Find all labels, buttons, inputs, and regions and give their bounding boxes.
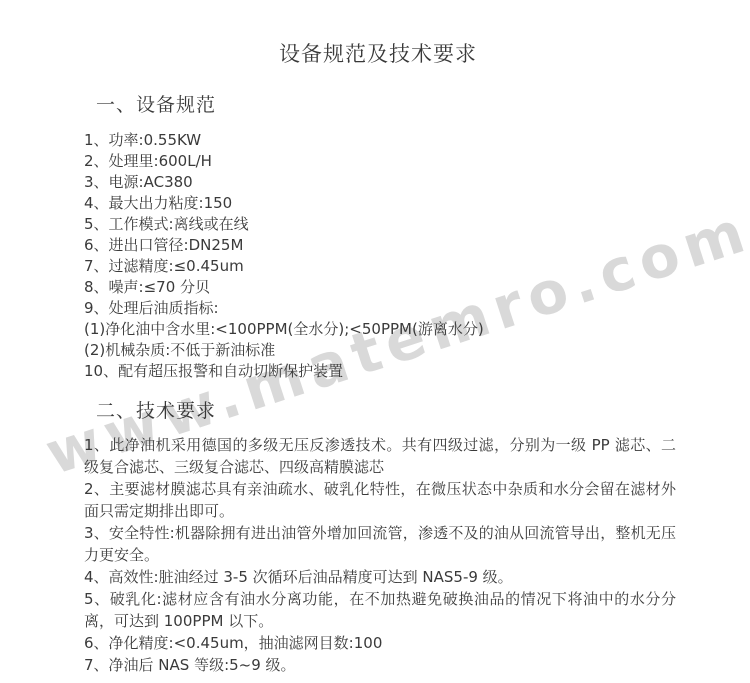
spec-line-protection: 10、配有超压报警和自动切断保护装置 (84, 361, 672, 382)
page-title: 设备规范及技术要求 (84, 38, 672, 68)
spec-line-water-content: (1)净化油中含水里:<100PPM(全水分);<50PPM(游离水分) (84, 319, 672, 340)
tech-paragraph-safety: 3、安全特性:机器除拥有进出油管外增加回流管，渗透不及的油从回流管导出，整机无压… (84, 522, 676, 566)
spec-line-noise: 8、噪声:≤70 分贝 (84, 277, 672, 298)
tech-requirements-list: 1、此净油机采用德国的多级无压反渗透技术。共有四级过滤，分别为一级 PP 滤芯、… (84, 434, 676, 676)
spec-line-oil-index: 9、处理后油质指标: (84, 298, 672, 319)
tech-paragraph-membrane: 2、主要滤材膜滤芯具有亲油疏水、破乳化特性，在微压状态中杂质和水分会留在滤材外面… (84, 478, 676, 522)
spec-line-impurity: (2)机械杂质:不低于新油标准 (84, 340, 672, 361)
spec-line-power-supply: 3、电源:AC380 (84, 172, 672, 193)
tech-paragraph-nas-grade: 7、净油后 NAS 等级:5~9 级。 (84, 654, 676, 676)
spec-line-power: 1、功率:0.55KW (84, 130, 672, 151)
section-heading-equipment-spec: 一、设备规范 (96, 90, 672, 117)
document-page: 设备规范及技术要求 一、设备规范 1、功率:0.55KW 2、处理里:600L/… (0, 0, 750, 676)
tech-paragraph-filtration: 1、此净油机采用德国的多级无压反渗透技术。共有四级过滤，分别为一级 PP 滤芯、… (84, 434, 676, 478)
spec-line-capacity: 2、处理里:600L/H (84, 151, 672, 172)
spec-line-pipe-diameter: 6、进出口管径:DN25M (84, 235, 672, 256)
equipment-spec-list: 1、功率:0.55KW 2、处理里:600L/H 3、电源:AC380 4、最大… (84, 130, 672, 382)
tech-paragraph-demulsification: 5、破乳化:滤材应含有油水分离功能，在不加热避免破换油品的情况下将油中的水分分离… (84, 588, 676, 632)
section-heading-tech-requirements: 二、技术要求 (96, 396, 672, 423)
spec-line-filter-precision: 7、过滤精度:≤0.45um (84, 256, 672, 277)
tech-paragraph-efficiency: 4、高效性:脏油经过 3-5 次循环后油品精度可达到 NAS5-9 级。 (84, 566, 676, 588)
spec-line-work-mode: 5、工作模式:离线或在线 (84, 214, 672, 235)
spec-line-viscosity: 4、最大出力粘度:150 (84, 193, 672, 214)
tech-paragraph-precision: 6、净化精度:<0.45um，抽油滤网目数:100 (84, 632, 676, 654)
